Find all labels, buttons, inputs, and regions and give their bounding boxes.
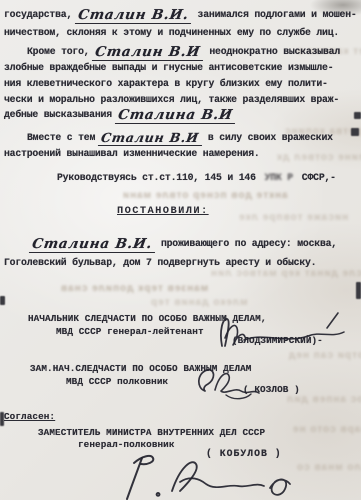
typed-line: ния клеветнического характера в кругу бл… xyxy=(4,76,328,92)
kozlov-signature xyxy=(190,364,290,400)
typed-line: дебные высказыванияСталина В.И xyxy=(4,107,241,124)
faded-typed-text: УПК Р xyxy=(256,170,302,186)
scan-speck xyxy=(356,282,361,299)
typed-text: в силу своих вражеских xyxy=(208,132,333,143)
handwritten-name-stalin: Сталина В.И. xyxy=(29,239,157,253)
agreed-label: Согласен: xyxy=(4,409,55,425)
typed-line: Гоголевский бульвар, дом 7 подвергнуть а… xyxy=(4,255,316,271)
handwritten-name-stalin: Сталина В.И xyxy=(115,110,238,124)
bleedthrough-text: анкте дов пснер отвле мани xyxy=(122,190,288,201)
typed-text: неоднократно высказывал xyxy=(209,46,340,57)
bleedthrough-text: кледи марв сото не xyxy=(292,424,361,435)
handwritten-name-stalin: Сталин В.И xyxy=(98,132,204,146)
handwritten-name-stalin: Сталин В.И xyxy=(92,47,205,61)
typed-line: настроений вынашивал изменнические намер… xyxy=(4,146,260,162)
typed-line: государства,Сталин В.И.занимался подлога… xyxy=(4,7,357,24)
handwritten-name-stalin: Сталин В.И. xyxy=(75,10,194,24)
typed-line: Сталина В.И.проживающего по адресу: моск… xyxy=(26,236,337,253)
typed-line: злобные враждебные выпады и гнусные анти… xyxy=(4,60,333,76)
document-page: одет камсни в ретва копинс апине сотвел … xyxy=(0,0,361,500)
typed-text: проживающего по адресу: москва, xyxy=(161,238,337,249)
typed-text: СФСР,- xyxy=(302,172,336,183)
scan-speck xyxy=(0,296,5,305)
typed-line: Вместе с темСталин В.Ив силу своих враже… xyxy=(27,130,333,146)
typed-text: государства, xyxy=(4,9,72,20)
typed-text: Руководствуясь ст.ст.110, 145 и 146 xyxy=(57,172,256,183)
typed-line: ничеством, склоняя к этому и подчиненных… xyxy=(4,25,339,41)
typed-text: Кроме того, xyxy=(27,46,89,57)
typed-text: дебные высказывания xyxy=(4,109,112,120)
typed-line: Руководствуясь ст.ст.110, 145 и 146УПК Р… xyxy=(57,170,336,186)
bleedthrough-text: апине сотвел дк xyxy=(276,152,361,163)
kobulov-signature xyxy=(114,449,314,500)
vlodzimirsky-signature xyxy=(214,310,358,352)
bleedthrough-text: манзев терк допиле снав xyxy=(60,283,208,294)
signer2-rank: МВД СССР полковник xyxy=(66,374,168,390)
typed-line: чески и морально разложившихся лиц, такж… xyxy=(4,92,339,108)
signer1-rank: МВД СССР генерал-лейтенант xyxy=(56,324,204,340)
typed-text: занимался подлогами и мошен- xyxy=(198,9,357,20)
resolution-heading: ПОСТАНОВИЛИ: xyxy=(117,205,209,217)
typed-text: Вместе с тем xyxy=(27,132,95,143)
typed-line: Кроме того,Сталин В.Инеоднократно высказ… xyxy=(27,44,340,61)
scan-speck xyxy=(351,128,359,136)
bleedthrough-text: млеко данив тер xyxy=(150,297,248,308)
scan-speck xyxy=(354,112,361,119)
bleedthrough-text: нисаже товпре лке xyxy=(238,212,348,223)
